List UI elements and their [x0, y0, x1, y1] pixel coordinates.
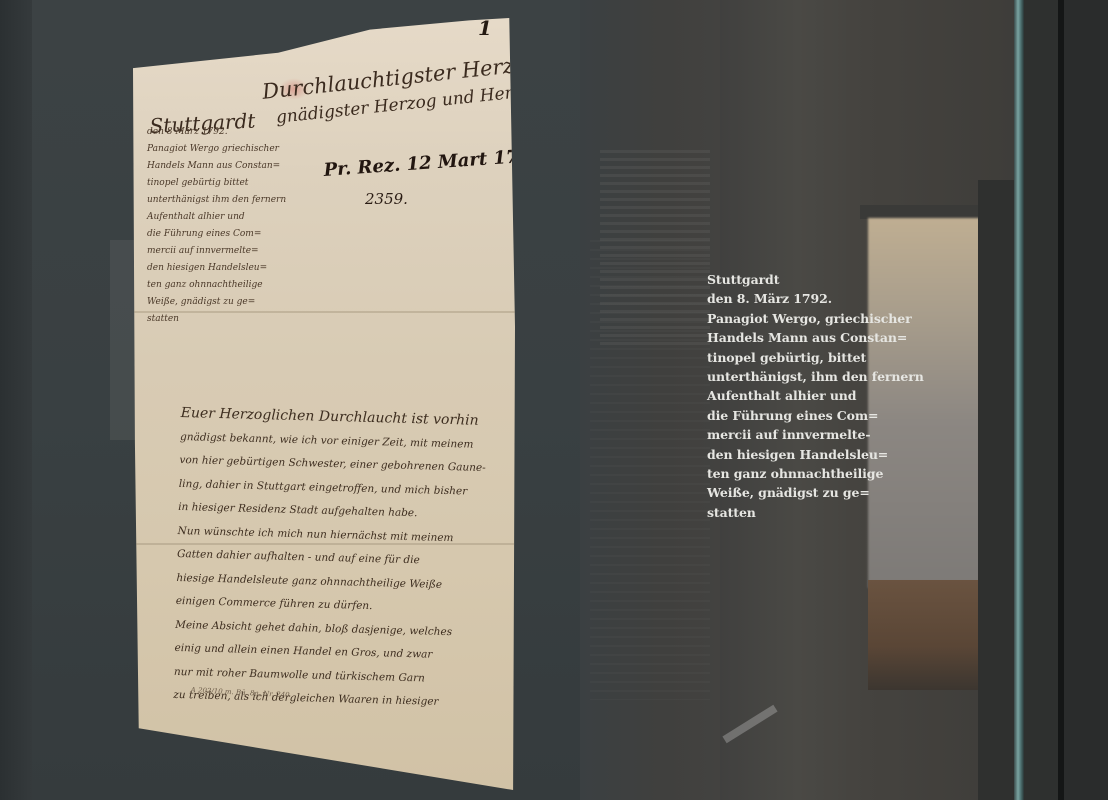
label-line: Weiße, gnädigst zu ge= [707, 483, 947, 502]
label-line: Aufenthalt alhier und [707, 386, 947, 405]
summary-line: statten [147, 311, 286, 328]
label-line: tinopel gebürtig, bittet [707, 348, 947, 367]
label-line: den 8. März 1792. [707, 289, 947, 308]
summary-line: unterthänigst ihm den fernern [147, 192, 286, 209]
label-line: statten [707, 503, 947, 522]
historical-letter: 1 Durchlauchtigster Herzog gnädigster He… [133, 18, 515, 790]
summary-line: den hiesigen Handelsleu= [147, 260, 286, 277]
summary-line: Weiße, gnädigst zu ge= [147, 294, 286, 311]
summary-line: ten ganz ohnnachtheilige [147, 277, 286, 294]
label-line: unterthänigst, ihm den fernern [707, 367, 947, 386]
label-line: die Führung eines Com= [707, 406, 947, 425]
transcription-label: Stuttgardt den 8. März 1792. Panagiot We… [707, 270, 947, 522]
summary-line: tinopel gebürtig bittet [147, 175, 286, 192]
label-line: Handels Mann aus Constan= [707, 328, 947, 347]
left-wall [0, 0, 32, 800]
label-line: ten ganz ohnnachtheilige [707, 464, 947, 483]
text-reflection-lower [590, 240, 710, 700]
floor-reflection [722, 705, 777, 744]
margin-summary: den 8 März 1792. Panagiot Wergo griechis… [147, 124, 286, 328]
label-line: mercii auf innvermelte- [707, 425, 947, 444]
letter-body: Euer Herzoglichen Durchlaucht ist vorhin… [173, 402, 487, 715]
doorway-lintel [860, 205, 990, 219]
summary-line: die Führung eines Com= [147, 226, 286, 243]
summary-line: Handels Mann aus Constan= [147, 158, 286, 175]
label-line: Panagiot Wergo, griechischer [707, 309, 947, 328]
summary-line: Panagiot Wergo griechischer [147, 141, 286, 158]
glass-pane-edge [1014, 0, 1024, 800]
summary-line: Aufenthalt alhier und [147, 209, 286, 226]
label-line: Stuttgardt [707, 270, 947, 289]
label-line: den hiesigen Handelsleu= [707, 445, 947, 464]
museum-display-photo: 1 Durchlauchtigster Herzog gnädigster He… [0, 0, 1108, 800]
summary-line: mercii auf innvermelte= [147, 243, 286, 260]
summary-line: den 8 März 1792. [147, 124, 286, 141]
case-frame-outer [1064, 0, 1108, 800]
background-floor [868, 580, 980, 690]
case-frame [1024, 0, 1060, 800]
background-wall [978, 180, 1018, 800]
reference-number: 2359. [365, 190, 408, 208]
